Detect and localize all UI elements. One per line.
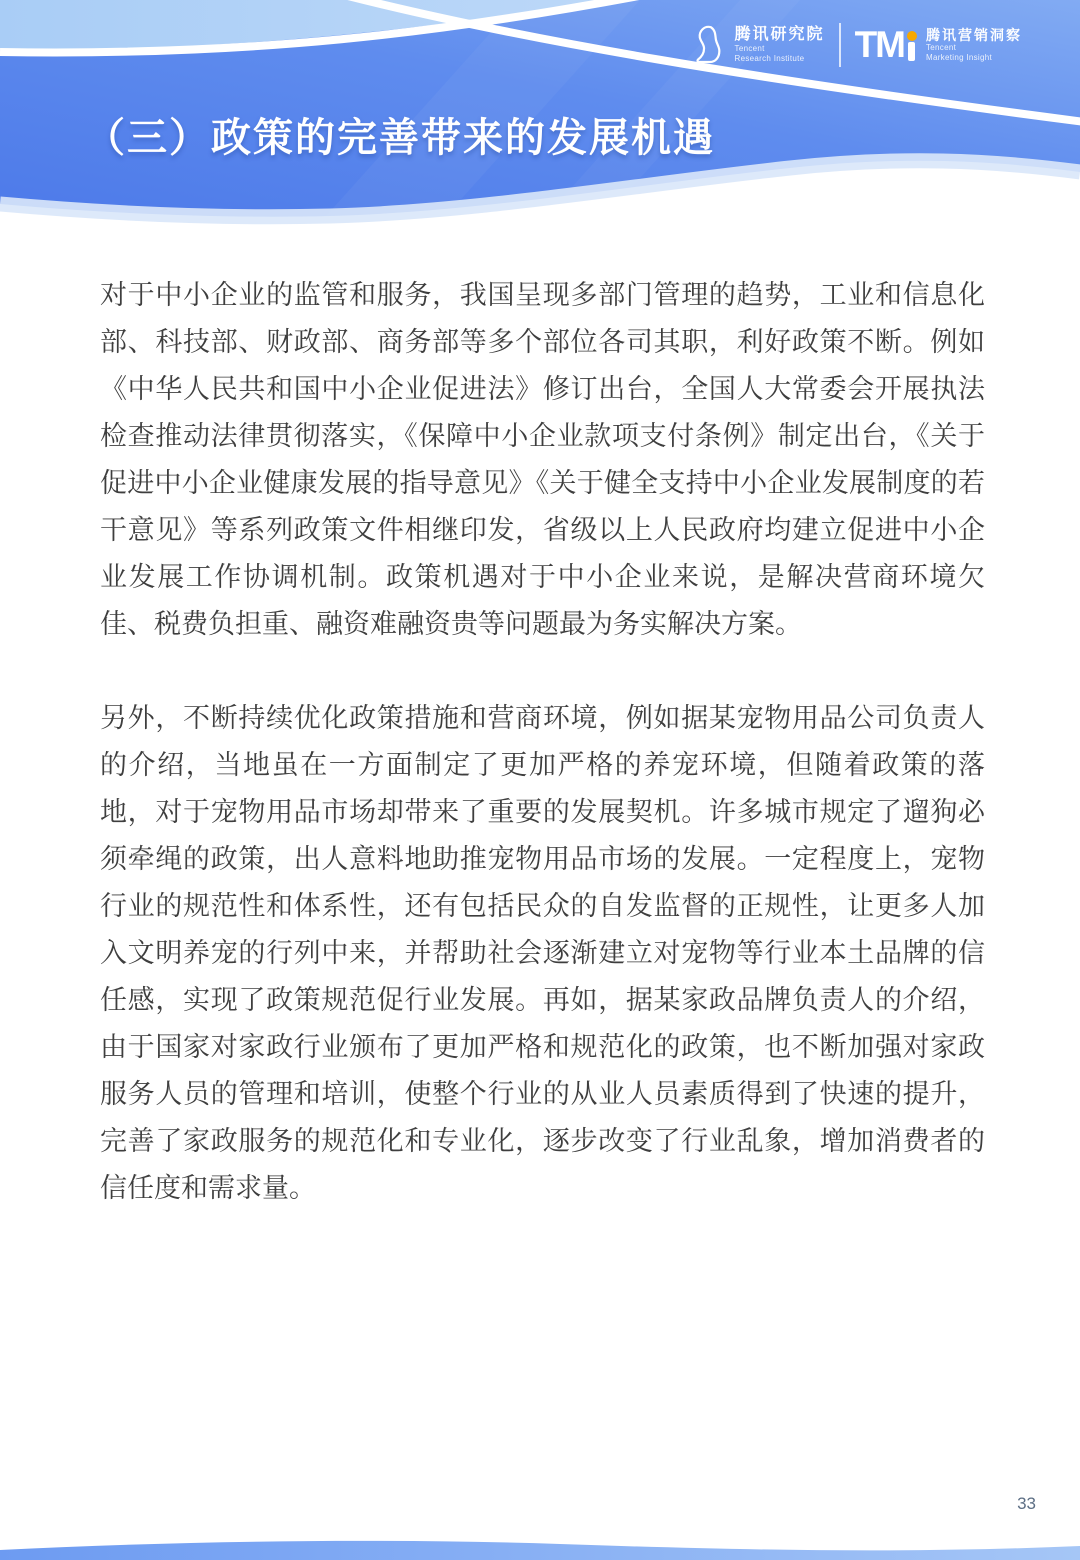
penguin-icon xyxy=(693,22,727,68)
tmi-wordmark-icon: TM xyxy=(855,29,916,60)
body-text: 对于中小企业的监管和服务，我国呈现多部门管理的趋势，工业和信息化部、科技部、财政… xyxy=(100,272,985,1259)
header-logos: 腾讯研究院 Tencent Research Institute TM 腾讯营销… xyxy=(693,22,1022,68)
tmi-logo: TM 腾讯营销洞察 Tencent Marketing Insight xyxy=(855,27,1022,63)
tmi-orange-dot xyxy=(907,31,917,41)
tri-cn-label: 腾讯研究院 xyxy=(735,26,825,44)
tmi-cn-label: 腾讯营销洞察 xyxy=(926,27,1022,43)
tencent-research-institute-logo: 腾讯研究院 Tencent Research Institute xyxy=(693,22,825,68)
page-number: 33 xyxy=(1017,1494,1036,1514)
header-banner: 腾讯研究院 Tencent Research Institute TM 腾讯营销… xyxy=(0,0,1080,245)
paragraph-2: 另外，不断持续优化政策措施和营商环境，例如据某宠物用品公司负责人的介绍，当地虽在… xyxy=(100,695,985,1212)
tri-en-label: Tencent Research Institute xyxy=(735,44,825,64)
tmi-en-label: Tencent Marketing Insight xyxy=(926,43,1022,63)
section-title: （三）政策的完善带来的发展机遇 xyxy=(85,106,715,163)
bottom-wave-decoration xyxy=(0,1536,1080,1560)
logo-divider xyxy=(839,23,841,67)
report-page: { "header": { "title": "（三）政策的完善带来的发展机遇"… xyxy=(0,0,1080,1560)
paragraph-1: 对于中小企业的监管和服务，我国呈现多部门管理的趋势，工业和信息化部、科技部、财政… xyxy=(100,272,985,648)
